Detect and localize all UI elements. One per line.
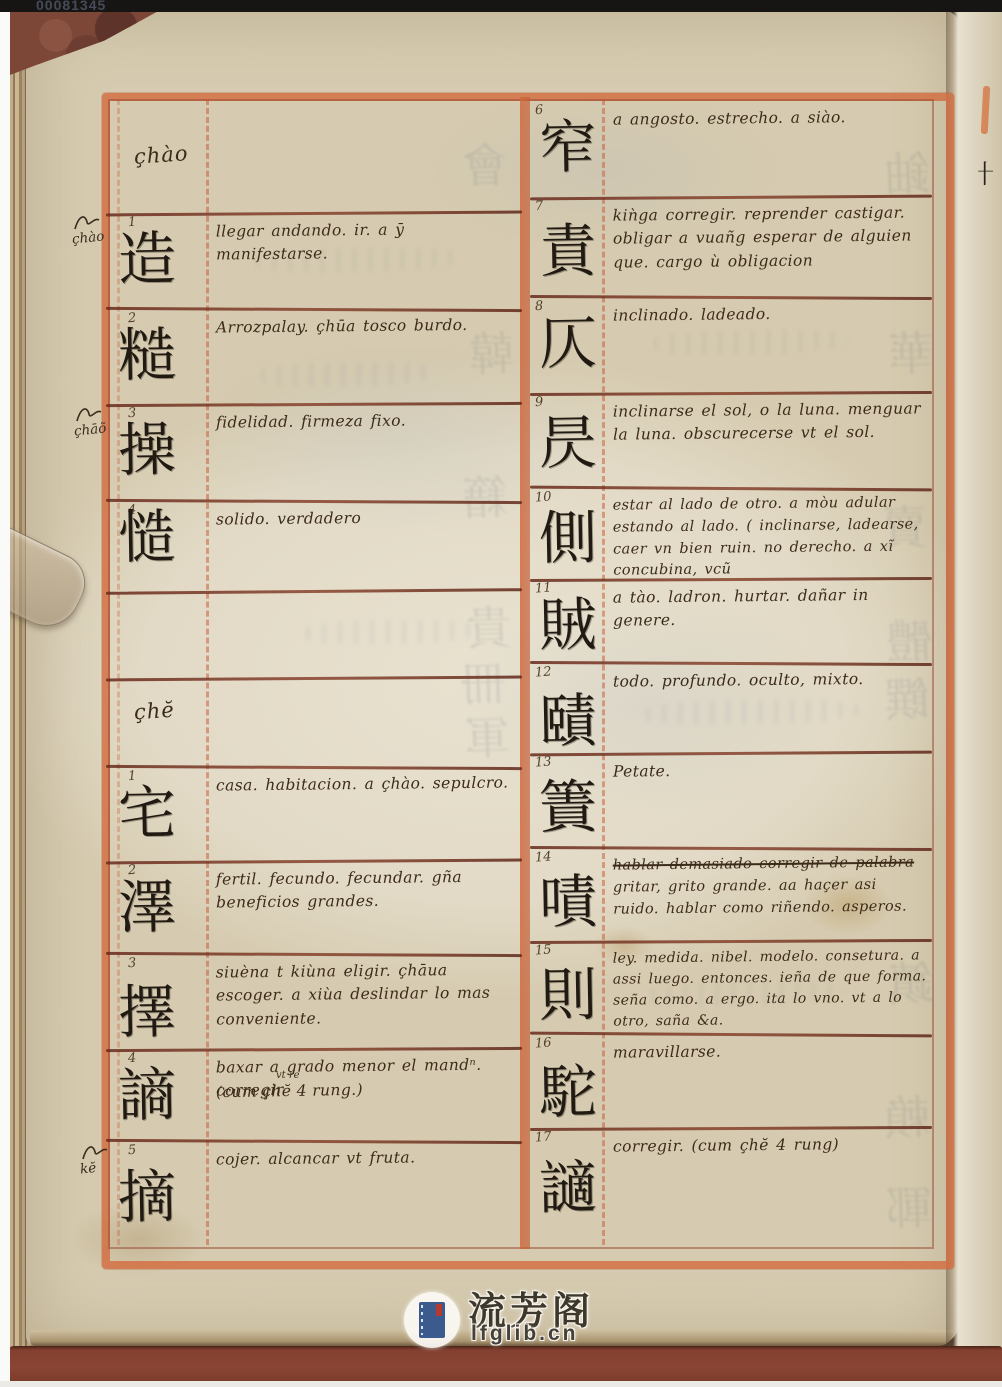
margin-note-label: çhāõ (73, 420, 107, 439)
entry-number: 3 (127, 956, 136, 972)
section-header-row: çhào (104, 97, 522, 212)
section-romanization: çhĕ (133, 698, 175, 725)
entry-number: 10 (534, 489, 552, 505)
dictionary-entry: 3 擇 siuèna t kiùna eligir. çhāua escoger… (104, 953, 522, 1048)
entry-hanzi: 責 (538, 221, 597, 280)
section-header-row: çhĕ (104, 677, 522, 766)
entry-number: 15 (534, 942, 552, 958)
entry-hanzi: 謪 (117, 1065, 176, 1124)
dictionary-entry: 7 責 kiǹga corregir. reprender castigar. … (529, 196, 936, 296)
dictionary-entry: 2 澤 fertil. fecundo. fecundar. gña benef… (104, 860, 522, 953)
entry-definition: solido. verdadero (216, 505, 514, 531)
entry-definition: Arrozpalay. çhūa tosco burdo. (216, 313, 514, 339)
entry-hanzi: 摘 (117, 1167, 176, 1226)
entry-hanzi: 駝 (538, 1062, 597, 1121)
scan-edge-left (0, 0, 10, 1387)
entry-definition: hablar demasiado corregir de palabragrit… (613, 852, 929, 921)
entry-number: 13 (534, 754, 552, 770)
manuscript-scan: 卄 會 韓 籍 貴 冊 軍 鈾 華 賣 體 饌 鎮 賴 鄆 çhào (0, 0, 1002, 1387)
entry-hanzi: 糙 (117, 325, 176, 384)
entry-hanzi: 賾 (538, 691, 597, 750)
entry-hanzi: 宅 (117, 783, 176, 842)
entry-hanzi: 讁 (538, 1158, 597, 1217)
entry-hanzi: 窄 (538, 117, 597, 176)
margin-note-label: kĕ (79, 1158, 111, 1177)
entry-number: 9 (534, 395, 543, 411)
entry-number: 12 (534, 664, 552, 680)
dictionary-entry: 6 窄 a angosto. estrecho. a siào. (529, 100, 936, 196)
entry-definition: inclinarse el sol, o la luna. menguar la… (613, 397, 928, 447)
margin-note: çhāõ (74, 404, 106, 438)
entry-hanzi: 造 (117, 229, 176, 288)
entry-number: 17 (534, 1129, 552, 1145)
entry-hanzi: 嘖 (538, 872, 597, 931)
watermark-logo-icon (404, 1292, 460, 1348)
entry-definition: Petate. (613, 757, 928, 784)
entry-definition: cojer. alcancar vt fruta. (216, 1145, 514, 1171)
entry-struck-text: hablar demasiado corregir de palabra (613, 852, 928, 877)
entry-definition: siuèna t kiùna eligir. çhāua escoger. a … (216, 958, 515, 1031)
next-page-edge (946, 6, 1002, 1348)
entry-hanzi: 慥 (117, 507, 176, 566)
entry-definition: llegar andando. ir. a ȳ manifestarse. (216, 217, 514, 267)
dictionary-entry: 4 謪 baxar a grado menor el mandⁿ. correg… (104, 1048, 522, 1140)
dictionary-entry: 13 簀 Petate. (529, 752, 936, 847)
entry-number: 5 (127, 1143, 136, 1159)
entry-hanzi: 賊 (538, 595, 597, 654)
library-watermark: 流芳阁 lfglib.cn (404, 1284, 664, 1356)
watermark-book-icon (419, 1302, 445, 1338)
entry-definition: ley. medida. nibel. modelo. consetura. a… (613, 945, 929, 1032)
entry-hanzi: 側 (538, 508, 597, 567)
entry-definition-text: gritar, grito grande. aa haçer asi ruido… (613, 877, 907, 918)
entry-number: 14 (534, 849, 552, 865)
entry-definition: corregir. (cum çhĕ 4 rung) (613, 1132, 928, 1159)
entry-definition: todo. profundo. oculto, mixto. (613, 667, 928, 694)
dictionary-entry: 4 慥 solido. verdadero (104, 500, 522, 590)
dictionary-entry: 2 糙 Arrozpalay. çhūa tosco burdo. (104, 308, 522, 403)
entry-definition: casa. habitacion. a çhào. sepulcro. (216, 771, 514, 797)
dictionary-entry: 1 宅 casa. habitacion. a çhào. sepulcro. (104, 766, 522, 860)
entry-definition: fertil. fecundo. fecundar. gña beneficio… (216, 865, 514, 915)
dictionary-entry: 3 操 fidelidad. firmeza fixo. (104, 403, 522, 500)
entry-hanzi: 操 (117, 420, 176, 479)
dictionary-entry: 11 賊 a tào. ladron. hurtar. dañar in gen… (529, 578, 936, 662)
margin-note-label: çhào (71, 228, 105, 247)
section-romanization: çhào (133, 141, 189, 169)
scan-id-label: 00081345 (36, 0, 106, 13)
margin-note: çhào (72, 212, 104, 246)
dictionary-entry: 1 造 llegar andando. ir. a ȳ manifestarse… (104, 212, 522, 308)
entry-number: 16 (534, 1035, 552, 1051)
next-page-glyph-fragment: 卄 (977, 158, 993, 192)
dictionary-entry: 8 仄 inclinado. ladeado. (529, 296, 936, 392)
entry-definition: a tào. ladron. hurtar. dañar in genere. (613, 583, 928, 633)
entry-definition: a angosto. estrecho. a siào. (613, 105, 928, 132)
dictionary-entry: 5 摘 cojer. alcancar vt fruta. (104, 1140, 522, 1245)
scan-top-bar (0, 0, 1002, 12)
entry-definition: inclinado. ladeado. (613, 301, 928, 328)
dictionary-entry: 15 則 ley. medida. nibel. modelo. consetu… (529, 940, 936, 1033)
entry-hanzi: 仄 (538, 313, 597, 372)
entry-definition: maravillarse. (613, 1038, 928, 1065)
empty-row (104, 590, 522, 677)
entry-definition: fidelidad. firmeza fixo. (216, 408, 514, 434)
dictionary-entry: 12 賾 todo. profundo. oculto, mixto. (529, 662, 936, 752)
dictionary-entry: 16 駝 maravillarse. (529, 1033, 936, 1127)
dictionary-entry: 14 嘖 hablar demasiado corregir de palabr… (529, 847, 936, 940)
margin-note: kĕ (80, 1142, 110, 1176)
entry-definition: estar al lado de otro. a mòu adular esta… (613, 492, 929, 582)
entry-hanzi: 則 (538, 965, 597, 1024)
watermark-site-url: lfglib.cn (471, 1322, 579, 1346)
entry-number: 7 (534, 199, 543, 215)
entry-superscript-note: vt re (276, 1070, 300, 1081)
entry-hanzi: 擇 (117, 982, 176, 1041)
entry-definition-line2: (cum çhĕ 4 rung.) (216, 1081, 363, 1102)
entry-hanzi: 昃 (538, 413, 597, 472)
entry-hanzi: 澤 (117, 877, 176, 936)
dictionary-entry: 17 讁 corregir. (cum çhĕ 4 rung) (529, 1127, 936, 1245)
dictionary-entry: 10 側 estar al lado de otro. a mòu adular… (529, 487, 936, 578)
scan-edge-bottom (0, 1381, 1002, 1387)
entry-hanzi: 簀 (538, 777, 597, 836)
dictionary-entry: 9 昃 inclinarse el sol, o la luna. mengua… (529, 392, 936, 487)
entry-definition: kiǹga corregir. reprender castigar. obli… (613, 201, 929, 274)
